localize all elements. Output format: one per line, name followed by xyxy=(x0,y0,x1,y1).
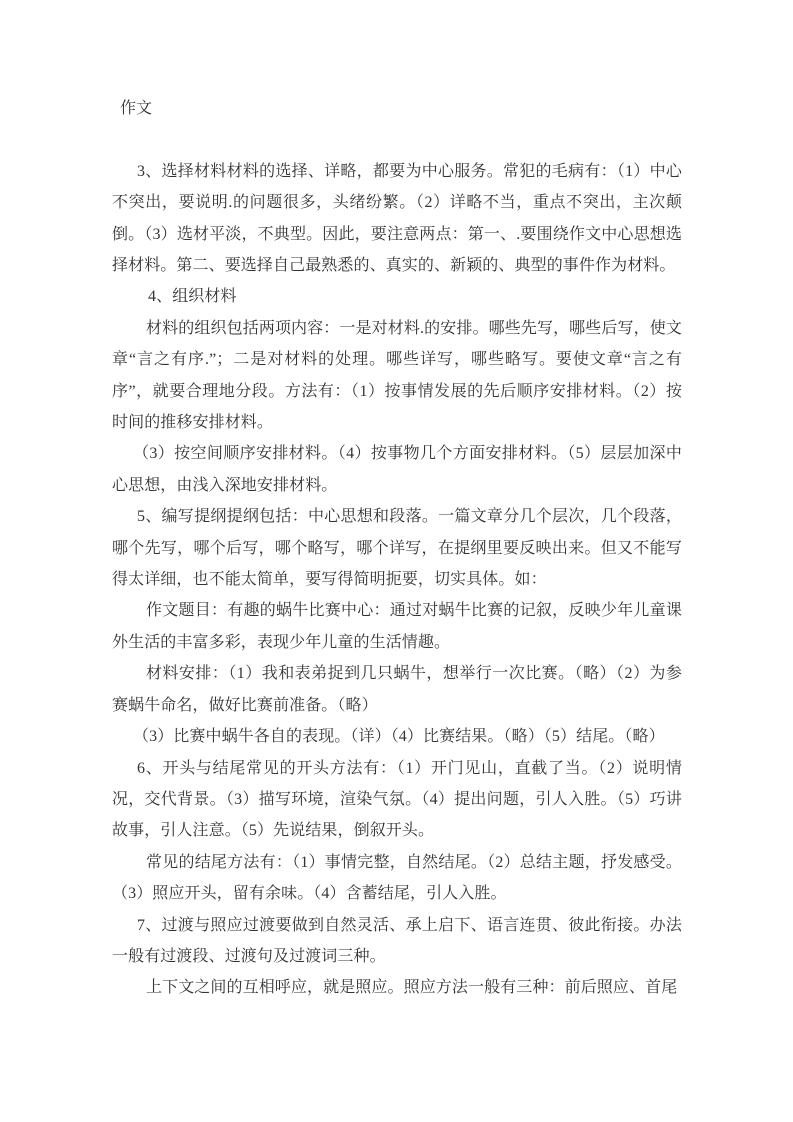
paragraph: 7、过渡与照应过渡要做到自然灵活、承上启下、语言连贯、彼此衔接。办法一般有过渡段… xyxy=(112,910,682,973)
paragraph: 材料的组织包括两项内容：一是对材料.的安排。哪些先写，哪些后写，使文章“言之有序… xyxy=(112,313,682,439)
document-page: 作文 3、选择材料材料的选择、详略，都要为中心服务。常犯的毛病有：（1）中心不突… xyxy=(0,0,793,1122)
paragraph: 6、开头与结尾常见的开头方法有：（1）开门见山，直截了当。（2）说明情况，交代背… xyxy=(112,753,682,847)
document-body: 3、选择材料材料的选择、详略，都要为中心服务。常犯的毛病有：（1）中心不突出，要… xyxy=(112,156,682,1004)
paragraph: 3、选择材料材料的选择、详略，都要为中心服务。常犯的毛病有：（1）中心不突出，要… xyxy=(112,156,682,282)
document-title: 作文 xyxy=(112,93,682,124)
paragraph: 5、编写提纲提纲包括：中心思想和段落。一篇文章分几个层次，几个段落，哪个先写，哪… xyxy=(112,501,682,595)
paragraph: 作文题目：有趣的蜗牛比赛中心：通过对蜗牛比赛的记叙，反映少年儿童课外生活的丰富多… xyxy=(112,595,682,658)
paragraph: 常见的结尾方法有：（1）事情完整，自然结尾。（2）总结主题，抒发感受。（3）照应… xyxy=(112,847,682,910)
paragraph: （3）比赛中蜗牛各自的表现。（详）（4）比赛结果。（略）（5）结尾。（略） xyxy=(112,721,682,752)
paragraph: 材料安排：（1）我和表弟捉到几只蜗牛，想举行一次比赛。（略）（2）为参赛蜗牛命名… xyxy=(112,658,682,721)
paragraph: 上下文之间的互相呼应，就是照应。照应方法一般有三种：前后照应、首尾 xyxy=(112,972,682,1003)
paragraph: 4、组织材料 xyxy=(112,281,682,312)
paragraph: （3）按空间顺序安排材料。（4）按事物几个方面安排材料。（5）层层加深中心思想，… xyxy=(112,438,682,501)
document-content: 作文 3、选择材料材料的选择、详略，都要为中心服务。常犯的毛病有：（1）中心不突… xyxy=(112,93,682,1004)
